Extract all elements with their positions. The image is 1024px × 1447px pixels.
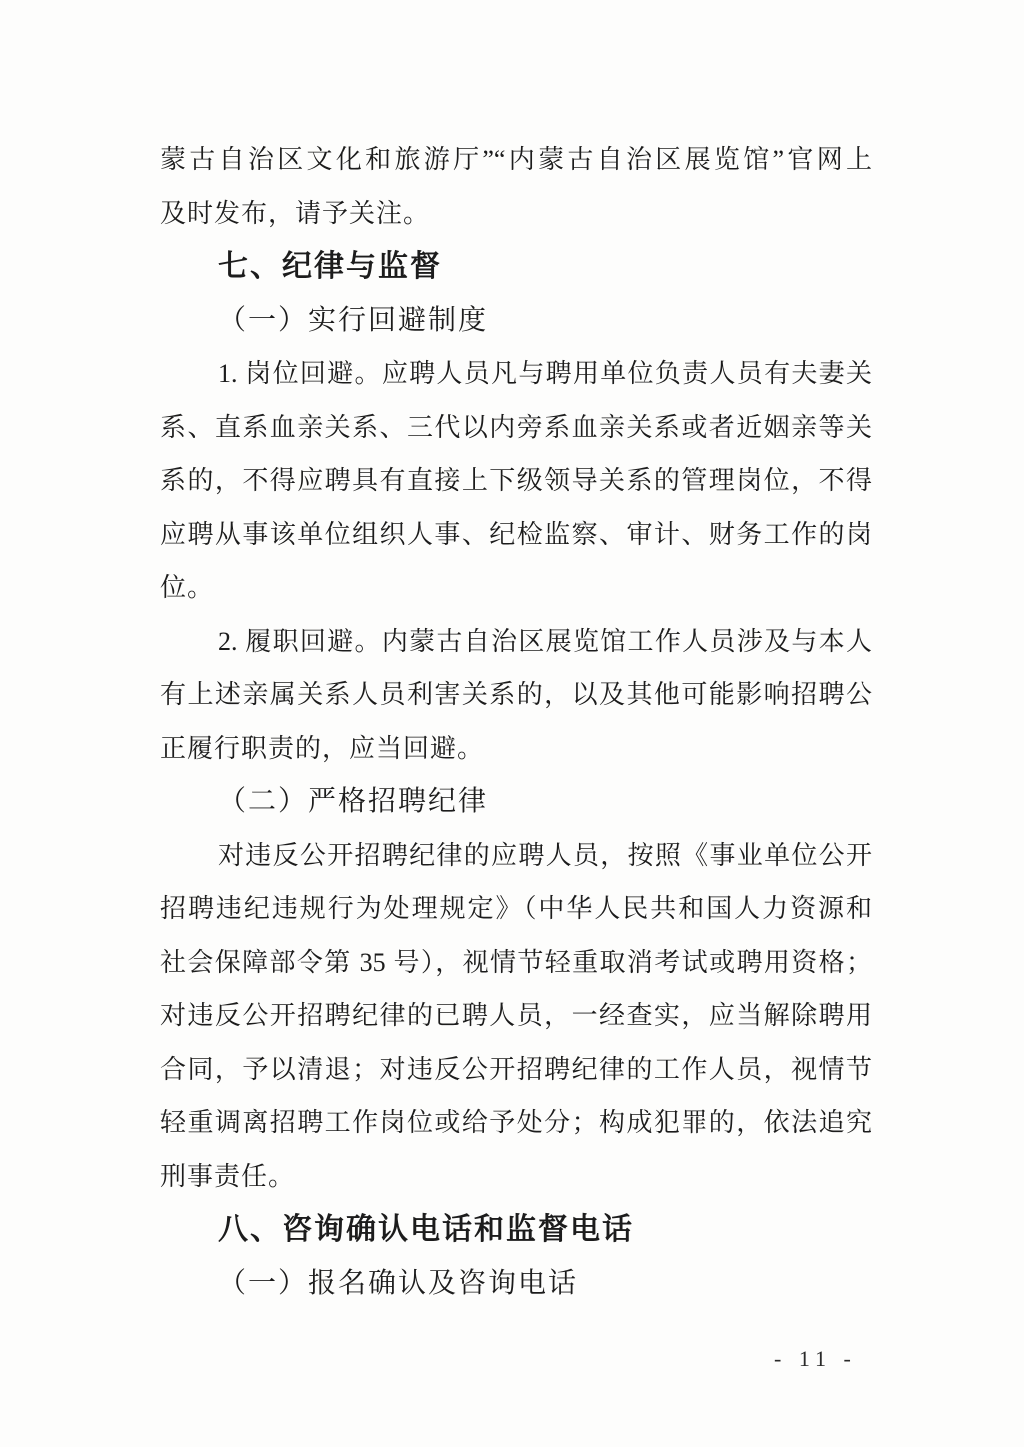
document-page: 蒙古自治区文化和旅游厅”“内蒙古自治区展览馆”官网上 及时发布，请予关注。 七、…: [0, 0, 1024, 1447]
subsection-heading: （一）报名确认及咨询电话: [160, 1257, 872, 1311]
subsection-heading: （一）实行回避制度: [160, 294, 872, 348]
text-line: 社会保障部令第 35 号），视情节轻重取消考试或聘用资格；: [160, 936, 872, 990]
text-line: 合同，予以清退；对违反公开招聘纪律的工作人员，视情节: [160, 1043, 872, 1097]
section-heading-7: 七、纪律与监督: [160, 240, 872, 294]
section-heading-8: 八、咨询确认电话和监督电话: [160, 1203, 872, 1257]
document-body: 蒙古自治区文化和旅游厅”“内蒙古自治区展览馆”官网上 及时发布，请予关注。 七、…: [160, 133, 872, 1310]
text-line: 系、直系血亲关系、三代以内旁系血亲关系或者近姻亲等关: [160, 401, 872, 455]
text-line: 有上述亲属关系人员利害关系的，以及其他可能影响招聘公: [160, 668, 872, 722]
text-line: 轻重调离招聘工作岗位或给予处分；构成犯罪的，依法追究: [160, 1096, 872, 1150]
text-line: 正履行职责的，应当回避。: [160, 722, 872, 776]
text-line: 系的，不得应聘具有直接上下级领导关系的管理岗位，不得: [160, 454, 872, 508]
text-line: 2. 履职回避。内蒙古自治区展览馆工作人员涉及与本人: [160, 615, 872, 669]
text-line: 招聘违纪违规行为处理规定》（中华人民共和国人力资源和: [160, 882, 872, 936]
subsection-heading: （二）严格招聘纪律: [160, 775, 872, 829]
text-line: 位。: [160, 561, 872, 615]
text-line: 刑事责任。: [160, 1150, 872, 1204]
text-line: 蒙古自治区文化和旅游厅”“内蒙古自治区展览馆”官网上: [160, 133, 872, 187]
text-line: 对违反公开招聘纪律的已聘人员，一经查实，应当解除聘用: [160, 989, 872, 1043]
text-line: 对违反公开招聘纪律的应聘人员，按照《事业单位公开: [160, 829, 872, 883]
text-line: 及时发布，请予关注。: [160, 187, 872, 241]
page-number: - 11 -: [774, 1346, 857, 1372]
text-line: 1. 岗位回避。应聘人员凡与聘用单位负责人员有夫妻关: [160, 347, 872, 401]
text-line: 应聘从事该单位组织人事、纪检监察、审计、财务工作的岗: [160, 508, 872, 562]
